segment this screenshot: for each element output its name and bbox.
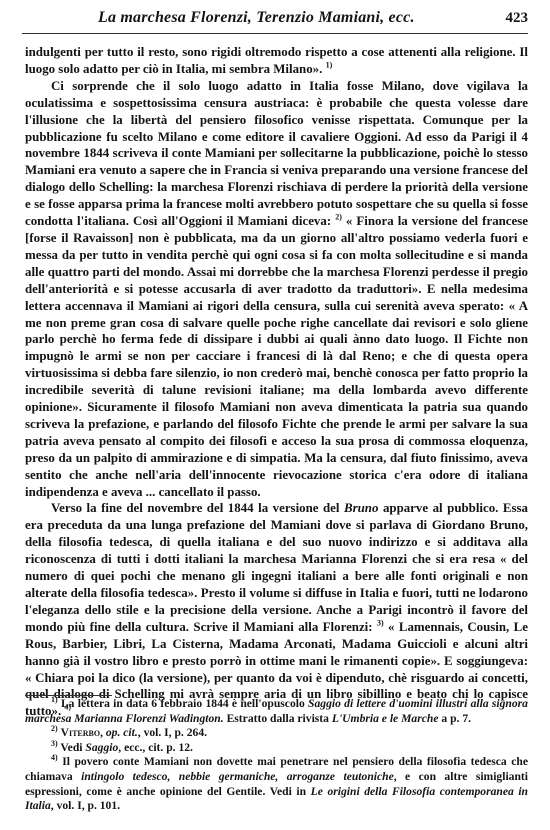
footnotes: 1) La lettera in data 6 febbraio 1844 è … (25, 697, 528, 814)
footnote-ref: 3) (377, 619, 384, 628)
body-text: indulgenti per tutto il resto, sono rigi… (25, 44, 528, 720)
running-title: La marchesa Florenzi, Terenzio Mamiani, … (98, 9, 415, 27)
running-header: La marchesa Florenzi, Terenzio Mamiani, … (22, 9, 528, 33)
paragraph: Verso la fine del novembre del 1844 la v… (25, 500, 528, 720)
header-rule (22, 33, 528, 34)
page-number: 423 (506, 10, 529, 27)
paragraph: indulgenti per tutto il resto, sono rigi… (25, 44, 528, 78)
footnote-3: 3) Vedi Saggio, ecc., cit. p. 12. (25, 741, 528, 756)
footnote-rule (25, 695, 112, 696)
footnote-2: 2) Viterbo, op. cit., vol. I, p. 264. (25, 726, 528, 741)
footnote-1: 1) La lettera in data 6 febbraio 1844 è … (25, 697, 528, 726)
footnote-ref: 2) (335, 213, 342, 222)
document-page: La marchesa Florenzi, Terenzio Mamiani, … (0, 0, 550, 830)
paragraph: Ci sorprende che il solo luogo adatto in… (25, 78, 528, 501)
footnote-ref: 1) (326, 61, 333, 70)
footnote-4: 4) Il povero conte Mamiani non dovette m… (25, 755, 528, 813)
